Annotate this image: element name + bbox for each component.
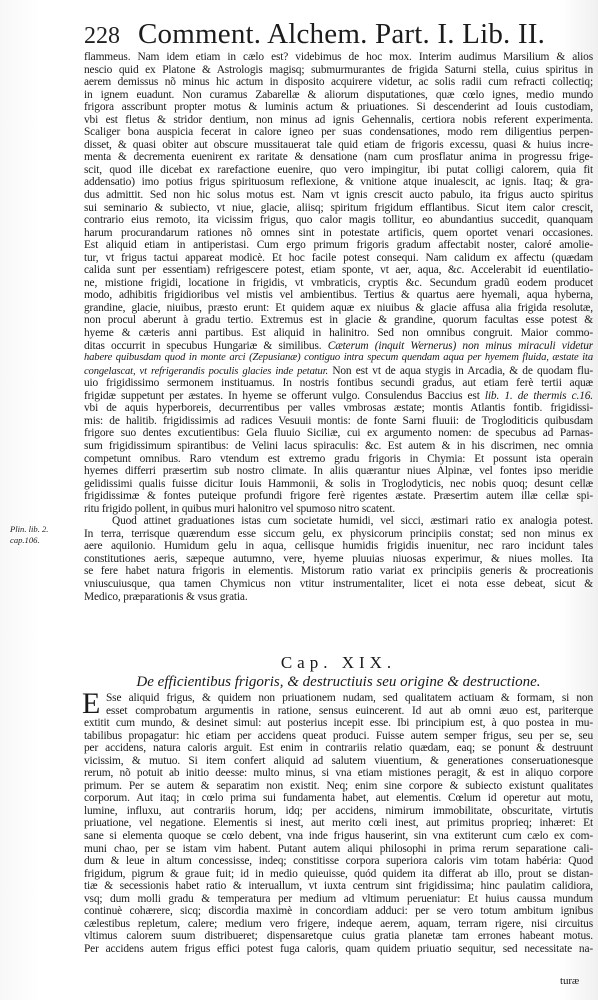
- text-line: vltimus calorem suum distribueret; dispe…: [84, 930, 593, 943]
- text-line: tur, vt frigus tactui appareat modicè. E…: [84, 252, 593, 265]
- text-line: aerem demissus nõ minus hic actum in dis…: [84, 76, 593, 89]
- chapter-title: De efficientibus frigoris, & destructiui…: [84, 673, 593, 691]
- text-line: Sse aliquid frigus, & quidem non priuati…: [84, 692, 593, 705]
- text-line: aere aquilonio. Humidum gelu in aqua, ce…: [84, 540, 593, 553]
- margin-note-line: Plin. lib. 2.: [10, 524, 80, 535]
- text-line: grandine, glacie, niuibus, præsto erunt:…: [84, 302, 593, 315]
- text-line: harum procurandarum rationes nõ omnes si…: [84, 227, 593, 240]
- text-line: frigidum, pigrum & graue fuit; id in med…: [84, 868, 593, 881]
- text-line: Medico, præparationis & vsus gratia.: [84, 591, 593, 604]
- text-line: frigidissimæ & fontes puteique profundi …: [84, 490, 593, 503]
- body-text-paragraph-1: flammeus. Nam idem etiam in cælo est? vi…: [84, 51, 593, 603]
- text-line: gelidissimi qualis fuisse dicitur Iouis …: [84, 478, 593, 491]
- text-line: sane si elementa quoque se cœlo debent, …: [84, 830, 593, 843]
- text-line: lumine, influxu, aut contrariis horum, i…: [84, 805, 593, 818]
- text-line: in ignem euadunt. Non curamus Zabarellæ …: [84, 89, 593, 102]
- text-line: cælestibus repletum, calere; medium vero…: [84, 918, 593, 931]
- text-line: tabilibus propagatur: hic etiam per acci…: [84, 730, 593, 743]
- text-line: tiæ & secessionis habet ratio & interual…: [84, 880, 593, 893]
- text-line: vicissim, & mutuo. Si item confert aliqu…: [84, 755, 593, 768]
- text-line: uio frigidissimo sermonem instituamus. I…: [84, 377, 593, 390]
- quote-line: congelascat, vt refrigerandis poculis gl…: [84, 365, 593, 378]
- text-line: contrario eius remoto, ita vicissim frig…: [84, 214, 593, 227]
- chapter-heading: Cap. XIX.: [84, 654, 593, 672]
- text-line: sui seminario & subiecto, vt niue, glaci…: [84, 202, 593, 215]
- text-line: disset, & quasi obiter aut obscure mussi…: [84, 139, 593, 152]
- margin-note: Plin. lib. 2. cap.106.: [10, 524, 80, 546]
- margin-note-line: cap.106.: [10, 535, 80, 546]
- text-line: vsq; dum molli gradu & temperatura per m…: [84, 893, 593, 906]
- text-line: vbi de aquis hyperboreis, decurrentibus …: [84, 402, 593, 415]
- text-line: se fere habet natura frigoris in element…: [84, 565, 593, 578]
- text-line: constitutiones aeris, sæpeque autumno, v…: [84, 553, 593, 566]
- text-line: dum & leue in altum concessisse, indeq; …: [84, 855, 593, 868]
- catchword: turæ: [560, 975, 579, 987]
- text-line-with-quote: ditas occurrit in specubus Hungariæ & si…: [84, 340, 593, 353]
- text-line: extitit cum mundo, & desinet simul: aut …: [84, 717, 593, 730]
- text-line: nescio quid ex Platone & Astrologis magi…: [84, 64, 593, 77]
- text-line: scit, quod ille dicebat ex rarefactione …: [84, 164, 593, 177]
- text-line: primum. Per se autem & separatim non exi…: [84, 780, 593, 793]
- text-line: vbi est fletus & stridor dentium, non mi…: [84, 114, 593, 127]
- text-line: vniuscuiusque, qua tamen Chymicus non vt…: [84, 578, 593, 591]
- chapter-body: E Sse aliquid frigus, & quidem non priua…: [84, 692, 593, 955]
- text-line: dus admittit. Sed non hic solus motus es…: [84, 189, 593, 202]
- drop-cap: E: [82, 690, 104, 717]
- text-line-with-citation: frigidæ suppetunt per æstates. In hyeme …: [84, 390, 593, 403]
- text-line: Per accidens autem frigus effici potest …: [84, 943, 593, 956]
- text-line: mis: de halitib. frigidissimis ad radice…: [84, 415, 593, 428]
- text-line: sum frigidissimum spirantibus: de Velini…: [84, 440, 593, 453]
- text-line: ne, mistione frigidi, locatione in frigi…: [84, 277, 593, 290]
- running-title: Comment. Alchem. Part. I. Lib. II.: [138, 18, 545, 51]
- text-line: non procul aberunt à gradu tertio. Extre…: [84, 314, 593, 327]
- text-line: addensatio) imo potius frigus spirituosu…: [84, 176, 593, 189]
- text-line: menta & decrementa euenirent ex raritate…: [84, 151, 593, 164]
- quote-line: habere quibusdam quod in monte arci (Zep…: [84, 352, 593, 365]
- text-line: Est aliquid etiam in antiperistasi. Cum …: [84, 239, 593, 252]
- text-line: rerum, nõ potuit ab initio deesse: multo…: [84, 767, 593, 780]
- page-header: 228 Comment. Alchem. Part. I. Lib. II.: [84, 18, 584, 52]
- text-line: continuè cohærere, sicq; discordia maxim…: [84, 905, 593, 918]
- text-line: competunt omnibus. Raro vtendum est extr…: [84, 453, 593, 466]
- book-page: 228 Comment. Alchem. Part. I. Lib. II. P…: [0, 0, 598, 1000]
- text-line: In terra, terrisque quærendum esse siccu…: [84, 528, 593, 541]
- text-line: modo, adhibitis frigidioribus vel mistis…: [84, 289, 593, 302]
- text-line: flammeus. Nam idem etiam in cælo est? vi…: [84, 51, 593, 64]
- text-line: calida sunt per essentiam) refrigescere …: [84, 264, 593, 277]
- text-line: ritu frigido pollent, in quibus muri hal…: [84, 503, 593, 516]
- text-line: muni chao, per se istam vim habent. Puta…: [84, 843, 593, 856]
- text-line: corporum. Aut itaq; in cœlo prima sui fu…: [84, 792, 593, 805]
- text-line: priuatione, vel negatione. Elementis si …: [84, 817, 593, 830]
- text-line: frigora asscribunt propter motus & lumin…: [84, 101, 593, 114]
- text-line: hyemes differri præsertim sub nostro cli…: [84, 465, 593, 478]
- text-line: frigore suo dentes excutientibus: Gela f…: [84, 427, 593, 440]
- text-line: Scaliger bona auspicia fecerat in calore…: [84, 126, 593, 139]
- citation: lib. 1. de thermis c.16.: [485, 390, 593, 402]
- text-line: hyeme & cæteris anni partibus. Est aliqu…: [84, 327, 593, 340]
- text-line: per accidens, natura caloris arguit. Est…: [84, 742, 593, 755]
- quote-intro: Cæterum (inquit Wernerus): [328, 340, 456, 352]
- text-line: Quod attinet graduationes istas cum soci…: [84, 515, 593, 528]
- quote-italic: non minus miraculi videtur: [462, 340, 593, 352]
- text-line: esset comprobatum argumentis in ratione,…: [84, 705, 593, 718]
- page-number: 228: [84, 23, 120, 50]
